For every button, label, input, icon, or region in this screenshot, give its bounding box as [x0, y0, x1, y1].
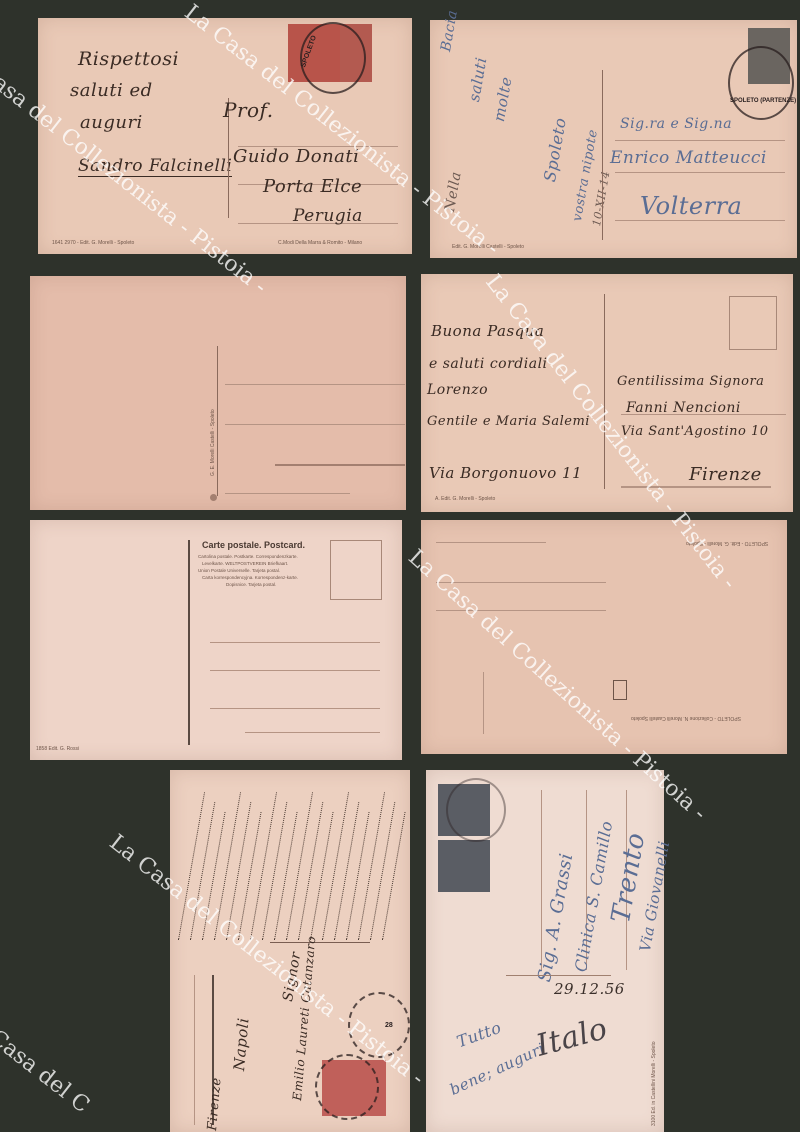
handwritten-scribble-line	[370, 802, 396, 940]
address-line	[615, 172, 785, 173]
card-header-subtitle: Dopisnice. Tarjeta postal.	[226, 582, 276, 587]
address-line-text: Prof.	[223, 98, 274, 122]
address-line-text: Porta Elce	[263, 176, 362, 197]
handwritten-message-line: auguri	[80, 112, 143, 133]
handwritten-message-line: Spoleto	[540, 116, 570, 183]
handwritten-scribble-line	[322, 792, 350, 940]
publisher-imprint: 1641 2970 - Edit. G. Morelli - Spoleto	[52, 240, 134, 246]
postmark-date: 28	[385, 1022, 393, 1029]
handwritten-message-block	[170, 770, 410, 950]
publisher-imprint-inverted: SPOLETO - Collezione N. Morelli Castelli…	[631, 715, 741, 721]
address-line	[210, 708, 380, 709]
handwritten-message-line: Rispettosi	[78, 48, 179, 70]
handwritten-message-line: Via Borgonuovo 11	[429, 464, 582, 482]
address-line-text: Via Sant'Agostino 10	[621, 424, 769, 439]
card-header-subtitle: Cartolina postale. Postkarte. Correspond…	[198, 554, 298, 559]
address-divider	[602, 70, 603, 240]
handwritten-message-line: saluti ed	[70, 80, 153, 101]
handwritten-scribble-line	[286, 792, 314, 940]
publisher-logo-icon	[613, 680, 627, 700]
postmark	[315, 1054, 379, 1120]
handwritten-scribble-line	[358, 792, 386, 940]
handwritten-scribble-line	[226, 802, 252, 940]
handwritten-scribble-line	[250, 792, 278, 940]
handwritten-message-line: Lorenzo	[427, 382, 488, 398]
address-divider	[483, 672, 484, 734]
handwritten-scribble-line	[178, 792, 206, 940]
publisher-imprint: 3100 Ed. in Castellini Morelli - Spoleto	[651, 1042, 657, 1127]
address-line	[275, 464, 405, 466]
handwritten-message-line: molte	[490, 75, 516, 123]
postmark	[446, 778, 506, 842]
handwritten-scribble-line	[298, 802, 324, 940]
handwritten-scribble-line	[190, 802, 216, 940]
address-line-text: Guido Donati	[233, 146, 359, 167]
handwritten-signature: Italo	[533, 1011, 612, 1063]
card-header-title: Carte postale. Postcard.	[202, 540, 305, 550]
address-line-text: Perugia	[293, 206, 363, 226]
publisher-logo-icon	[210, 494, 217, 501]
address-line-text: Firenze	[205, 1077, 225, 1132]
publisher-imprint: Edit. G. Morelli Castelli - Spoleto	[452, 244, 524, 250]
publisher-imprint-inverted: SPOLETO - Edit. G. Morelli - Spoleto	[686, 540, 768, 546]
watermark-text: Casa del C	[0, 1025, 94, 1118]
handwritten-scribble-line	[214, 792, 242, 940]
address-line	[436, 542, 546, 543]
address-line-text: Firenze	[689, 464, 762, 485]
publisher-imprint: A. Edit. G. Morelli - Spoleto	[435, 496, 495, 502]
stamp-box	[330, 540, 382, 600]
postcard-8: Sig. A. Grassi Clinica S. Camillo Trento…	[426, 770, 664, 1132]
address-line	[506, 975, 611, 976]
address-divider	[194, 975, 195, 1125]
postmark-text: SPOLETO (PARTENZE)	[730, 98, 796, 104]
address-line	[615, 140, 785, 141]
handwritten-message-line: Bacia	[438, 9, 461, 53]
handwritten-message-line: saluti	[465, 56, 491, 103]
address-line	[225, 384, 405, 385]
postcard-6: SPOLETO - Edit. G. Morelli - Spoleto SPO…	[421, 520, 787, 754]
postcard-4: Buona Pasqua e saluti cordiali Lorenzo G…	[421, 274, 793, 512]
address-line-text: Napoli	[230, 1017, 253, 1072]
address-divider	[188, 540, 190, 745]
card-header-subtitle: Carta korrespondencyjna. Korrespondenz-k…	[202, 575, 298, 580]
handwritten-scribble-line	[262, 802, 288, 940]
address-line-text: Fanni Nencioni	[626, 400, 741, 416]
address-line-text: Gentilissima Signora	[617, 374, 764, 389]
handwritten-scribble-line	[310, 812, 335, 940]
publisher-imprint: C.Modi Della Marra & Romito - Milano	[278, 240, 362, 246]
address-line	[245, 732, 380, 733]
publisher-imprint: G. E. Morelli Castelli - Spoleto	[210, 409, 216, 476]
address-line	[436, 610, 606, 611]
address-line-text: Enrico Matteucci	[610, 148, 767, 168]
handwritten-scribble-line	[382, 812, 407, 940]
address-line	[210, 642, 380, 643]
date-text: 29.12.56	[554, 980, 625, 998]
address-line	[270, 942, 370, 943]
address-line	[210, 670, 380, 671]
handwritten-scribble-line	[202, 812, 227, 940]
handwritten-signature: Sandro Falcinelli	[78, 156, 232, 177]
handwritten-signature: Nella	[442, 170, 465, 213]
postcard-2: Bacia molte saluti Spoleto vostra nipote…	[430, 20, 797, 258]
handwritten-message-line: e saluti cordiali	[429, 356, 548, 372]
handwritten-scribble-line	[238, 812, 263, 940]
address-divider	[604, 294, 605, 489]
address-line	[615, 220, 785, 221]
handwritten-message-line: Tutto	[454, 1018, 504, 1052]
postmark	[348, 992, 410, 1058]
address-line	[436, 582, 606, 583]
postcard-1: Rispettosi saluti ed auguri Sandro Falci…	[38, 18, 412, 254]
postcard-7: Signor Emilio Laureti Catanzaro Napoli F…	[170, 770, 410, 1132]
handwritten-scribble-line	[274, 812, 299, 940]
card-header-subtitle: Levelkarte. WELTPOSTVEREIN Briefkaart.	[202, 561, 288, 566]
postcard-5: Carte postale. Postcard. Cartolina posta…	[30, 520, 402, 760]
handwritten-message-line: Gentile e Maria Salemi	[427, 414, 590, 429]
publisher-imprint: 1858 Edit. G. Rossi	[36, 746, 79, 752]
stamp	[438, 840, 490, 892]
address-line	[225, 424, 405, 425]
address-line-text: Sig.ra e Sig.na	[620, 116, 732, 132]
address-line	[621, 486, 771, 488]
postmark	[728, 46, 794, 120]
postcard-3: G. E. Morelli Castelli - Spoleto	[30, 276, 406, 510]
stamp-box	[729, 296, 777, 350]
handwritten-scribble-line	[334, 802, 360, 940]
handwritten-message-line: Buona Pasqua	[431, 322, 544, 340]
card-header-subtitle: Union Postale Universelle. Tarjeta posta…	[198, 568, 280, 573]
handwritten-scribble-line	[346, 812, 371, 940]
address-line	[225, 493, 350, 494]
address-line-text: Volterra	[640, 192, 742, 220]
address-divider	[217, 346, 218, 496]
